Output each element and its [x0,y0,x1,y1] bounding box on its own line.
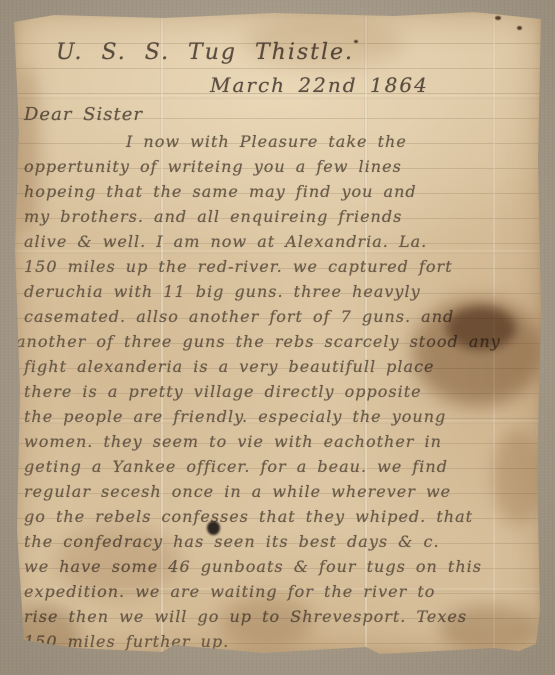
letter-line: regular secesh once in a while wherever … [24,479,541,504]
letter-line: there is a pretty village directly oppos… [24,379,541,404]
letter-paper: U. S. S. Tug Thistle. March 22nd 1864 De… [14,10,541,656]
letter-line: deruchia with 11 big guns. three heavyly [24,279,541,304]
photograph-background: U. S. S. Tug Thistle. March 22nd 1864 De… [0,0,555,675]
letter-line: I now with Pleasure take the [126,129,541,154]
letter-salutation: Dear Sister [24,100,541,129]
letterhead-vessel: U. S. S. Tug Thistle. [56,36,541,70]
letter-line: my brothers. and all enquireing friends [24,204,541,229]
letter-line: another of three guns the rebs scarcely … [16,329,541,354]
letter-line: the confedracy has seen its best days & … [24,529,541,554]
letter-line: 150 miles up the red-river. we captured … [24,254,541,279]
letter-date: March 22nd 1864 [210,70,541,100]
letter-line: rise then we will go up to Shrevesport. … [24,604,541,629]
letter-line: go the rebels confesses that they whiped… [24,504,541,529]
letter-line: alive & well. I am now at Alexandria. La… [24,229,541,254]
letter-line: oppertunity of writeing you a few lines [24,154,541,179]
letter-line: hopeing that the same may find you and [24,179,541,204]
letter-line: 150 miles further up. [24,629,541,654]
letter-line: casemated. allso another fort of 7 guns.… [24,304,541,329]
letter-line: women. they seem to vie with eachother i… [24,429,541,454]
letter-line: expedition. we are waiting for the river… [24,579,541,604]
letter-line: we have some 46 gunboats & four tugs on … [24,554,541,579]
letter-line: fight alexanderia is a very beautifull p… [24,354,541,379]
letter-line: the people are friendly. especialy the y… [24,404,541,429]
letter-text: U. S. S. Tug Thistle. March 22nd 1864 De… [14,10,541,654]
letter-line: geting a Yankee officer. for a beau. we … [24,454,541,479]
